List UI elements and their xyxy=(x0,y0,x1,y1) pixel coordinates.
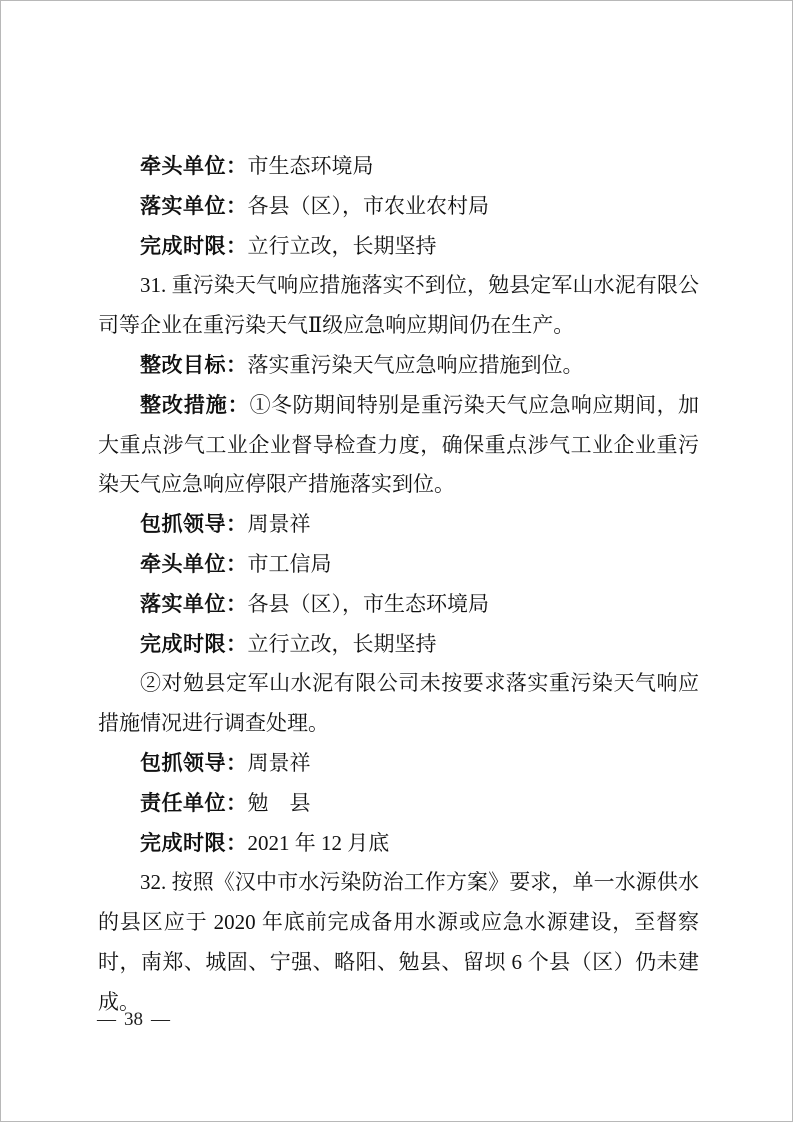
paragraph: ②对勉县定军山水泥有限公司未按要求落实重污染天气响应措施情况进行调查处理。 xyxy=(98,664,699,744)
paragraph-text: 市工信局 xyxy=(248,552,332,576)
paragraph: 整改目标：落实重污染天气应急响应措施到位。 xyxy=(98,346,699,386)
paragraph-text: 周景祥 xyxy=(248,512,311,536)
page-footer: —38— xyxy=(93,1009,174,1031)
paragraph-text: 31. 重污染天气响应措施落实不到位，勉县定军山水泥有限公司等企业在重污染天气Ⅱ… xyxy=(98,273,699,337)
paragraph-label: 落实单位： xyxy=(140,195,248,218)
paragraph: 完成时限：立行立改，长期坚持 xyxy=(98,227,699,267)
paragraph-text: 市生态环境局 xyxy=(248,154,374,178)
paragraph-label: 整改目标： xyxy=(140,354,248,377)
paragraph-label: 整改措施： xyxy=(140,394,250,417)
paragraph-label: 牵头单位： xyxy=(140,553,248,576)
paragraph-text: 立行立改，长期坚持 xyxy=(248,632,437,656)
paragraph-label: 完成时限： xyxy=(140,235,248,258)
paragraph-label: 完成时限： xyxy=(140,832,248,855)
paragraph-label: 包抓领导： xyxy=(140,513,248,536)
paragraph-label: 包抓领导： xyxy=(140,752,248,775)
paragraph: 完成时限：立行立改，长期坚持 xyxy=(98,625,699,665)
document-body: 牵头单位：市生态环境局 落实单位：各县（区），市农业农村局 完成时限：立行立改，… xyxy=(98,147,699,1023)
paragraph: 责任单位：勉 县 xyxy=(98,784,699,824)
paragraph-text: 勉 县 xyxy=(248,791,311,815)
paragraph-text: 2021 年 12 月底 xyxy=(248,831,390,855)
paragraph-label: 完成时限： xyxy=(140,633,248,656)
paragraph: 落实单位：各县（区），市农业农村局 xyxy=(98,187,699,227)
paragraph-text: 各县（区），市农业农村局 xyxy=(248,194,490,218)
paragraph-text: 32. 按照《汉中市水污染防治工作方案》要求，单一水源供水的县区应于 2020 … xyxy=(98,870,699,1013)
paragraph: 牵头单位：市生态环境局 xyxy=(98,147,699,187)
paragraph: 包抓领导：周景祥 xyxy=(98,744,699,784)
footer-dash-right: — xyxy=(151,1009,170,1030)
paragraph: 落实单位：各县（区），市生态环境局 xyxy=(98,585,699,625)
paragraph: 包抓领导：周景祥 xyxy=(98,505,699,545)
paragraph: 31. 重污染天气响应措施落实不到位，勉县定军山水泥有限公司等企业在重污染天气Ⅱ… xyxy=(98,266,699,346)
paragraph: 32. 按照《汉中市水污染防治工作方案》要求，单一水源供水的县区应于 2020 … xyxy=(98,863,699,1022)
paragraph-text: 各县（区），市生态环境局 xyxy=(248,592,490,616)
paragraph: 完成时限：2021 年 12 月底 xyxy=(98,824,699,864)
footer-dash-left: — xyxy=(97,1009,116,1030)
page-number: 38 xyxy=(124,1009,143,1030)
paragraph: 牵头单位：市工信局 xyxy=(98,545,699,585)
paragraph-text: 落实重污染天气应急响应措施到位。 xyxy=(248,353,584,377)
paragraph-text: 周景祥 xyxy=(248,751,311,775)
paragraph-label: 牵头单位： xyxy=(140,155,248,178)
document-page: 牵头单位：市生态环境局 落实单位：各县（区），市农业农村局 完成时限：立行立改，… xyxy=(0,0,793,1122)
paragraph-label: 责任单位： xyxy=(140,792,248,815)
paragraph: 整改措施：①冬防期间特别是重污染天气应急响应期间，加大重点涉气工业企业督导检查力… xyxy=(98,386,699,505)
paragraph-text: 立行立改，长期坚持 xyxy=(248,234,437,258)
paragraph-label: 落实单位： xyxy=(140,593,248,616)
paragraph-text: ②对勉县定军山水泥有限公司未按要求落实重污染天气响应措施情况进行调查处理。 xyxy=(98,671,699,735)
